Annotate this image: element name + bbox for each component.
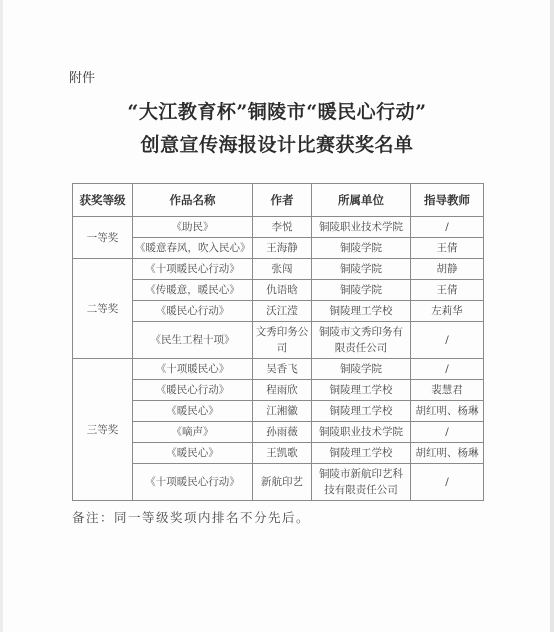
table-row: 《传暖意，暖民心》 仇语晗 铜陵学院 王倩 [73, 280, 484, 301]
table-row: 《暖民心行动》 程雨欣 铜陵理工学校 裴慧君 [73, 380, 484, 401]
teacher-cell: 胡红明、杨琳 [411, 401, 484, 422]
document-title-line-2: 创意宣传海报设计比赛获奖名单 [0, 130, 554, 157]
table-row: 《暖民心行动》 沃江滢 铜陵理工学校 左莉华 [73, 301, 484, 322]
work-title-cell: 《助民》 [133, 217, 253, 238]
unit-cell: 铜陵理工学校 [312, 380, 411, 401]
teacher-cell: / [411, 464, 484, 501]
table-row: 《嘀声》 孙雨薇 铜陵职业技术学院 / [73, 422, 484, 443]
document-title-line-1: “大江教育杯”铜陵市“暖民心行动” [0, 97, 554, 124]
table-row: 《民生工程十项》 文秀印务公司 铜陵市文秀印务有限责任公司 / [73, 322, 484, 359]
work-title-cell: 《暖民心行动》 [133, 380, 253, 401]
page-edge-right [550, 0, 554, 632]
table-row: 《十项暖民心行动》 新航印艺 铜陵市新航印艺科技有限责任公司 / [73, 464, 484, 501]
work-title-cell: 《十项暖民心》 [133, 359, 253, 380]
work-title-cell: 《十项暖民心行动》 [133, 464, 253, 501]
header-unit: 所属单位 [312, 184, 411, 217]
teacher-cell: 胡静 [411, 259, 484, 280]
author-cell: 吴香飞 [253, 359, 312, 380]
work-title-cell: 《传暖意，暖民心》 [133, 280, 253, 301]
work-title-cell: 《十项暖民心行动》 [133, 259, 253, 280]
unit-cell: 铜陵学院 [312, 259, 411, 280]
teacher-cell: / [411, 359, 484, 380]
table-row: 《暖民心》 王凯歌 铜陵理工学校 胡红明、杨琳 [73, 443, 484, 464]
work-title-cell: 《暖意春风，吹入民心》 [133, 238, 253, 259]
unit-cell: 铜陵学院 [312, 238, 411, 259]
table-row: 三等奖 《十项暖民心》 吴香飞 铜陵学院 / [73, 359, 484, 380]
unit-cell: 铜陵学院 [312, 359, 411, 380]
teacher-cell: 左莉华 [411, 301, 484, 322]
work-title-cell: 《暖民心》 [133, 401, 253, 422]
unit-cell: 铜陵理工学校 [312, 443, 411, 464]
unit-cell: 铜陵理工学校 [312, 301, 411, 322]
unit-cell: 铜陵职业技术学院 [312, 422, 411, 443]
footnote: 备注：同一等级奖项内排名不分先后。 [72, 508, 310, 526]
table-row: 《暖意春风，吹入民心》 王海静 铜陵学院 王倩 [73, 238, 484, 259]
author-cell: 王凯歌 [253, 443, 312, 464]
teacher-cell: 裴慧君 [411, 380, 484, 401]
author-cell: 李悦 [253, 217, 312, 238]
author-cell: 新航印艺 [253, 464, 312, 501]
unit-cell: 铜陵理工学校 [312, 401, 411, 422]
work-title-cell: 《暖民心行动》 [133, 301, 253, 322]
work-title-cell: 《嘀声》 [133, 422, 253, 443]
attachment-label: 附件 [69, 67, 95, 86]
teacher-cell: 胡红明、杨琳 [411, 443, 484, 464]
table-row: 《暖民心》 江湘徽 铜陵理工学校 胡红明、杨琳 [73, 401, 484, 422]
award-list-table: 获奖等级 作品名称 作者 所属单位 指导教师 一等奖 《助民》 李悦 铜陵职业技… [72, 183, 484, 501]
author-cell: 江湘徽 [253, 401, 312, 422]
teacher-cell: 王倩 [411, 238, 484, 259]
work-title-cell: 《暖民心》 [133, 443, 253, 464]
author-cell: 沃江滢 [253, 301, 312, 322]
teacher-cell: / [411, 322, 484, 359]
award-level-cell: 三等奖 [73, 359, 133, 501]
unit-cell: 铜陵学院 [312, 280, 411, 301]
header-teacher: 指导教师 [411, 184, 484, 217]
teacher-cell: / [411, 217, 484, 238]
page-edge-left [0, 0, 3, 632]
teacher-cell: / [411, 422, 484, 443]
author-cell: 孙雨薇 [253, 422, 312, 443]
header-work-title: 作品名称 [133, 184, 253, 217]
table-header-row: 获奖等级 作品名称 作者 所属单位 指导教师 [73, 184, 484, 217]
author-cell: 仇语晗 [253, 280, 312, 301]
author-cell: 张闯 [253, 259, 312, 280]
unit-cell: 铜陵职业技术学院 [312, 217, 411, 238]
unit-cell: 铜陵市新航印艺科技有限责任公司 [312, 464, 411, 501]
teacher-cell: 王倩 [411, 280, 484, 301]
header-author: 作者 [253, 184, 312, 217]
award-level-cell: 二等奖 [73, 259, 133, 359]
author-cell: 文秀印务公司 [253, 322, 312, 359]
table-row: 一等奖 《助民》 李悦 铜陵职业技术学院 / [73, 217, 484, 238]
author-cell: 程雨欣 [253, 380, 312, 401]
author-cell: 王海静 [253, 238, 312, 259]
work-title-cell: 《民生工程十项》 [133, 322, 253, 359]
table-row: 二等奖 《十项暖民心行动》 张闯 铜陵学院 胡静 [73, 259, 484, 280]
unit-cell: 铜陵市文秀印务有限责任公司 [312, 322, 411, 359]
award-level-cell: 一等奖 [73, 217, 133, 259]
header-award-level: 获奖等级 [73, 184, 133, 217]
